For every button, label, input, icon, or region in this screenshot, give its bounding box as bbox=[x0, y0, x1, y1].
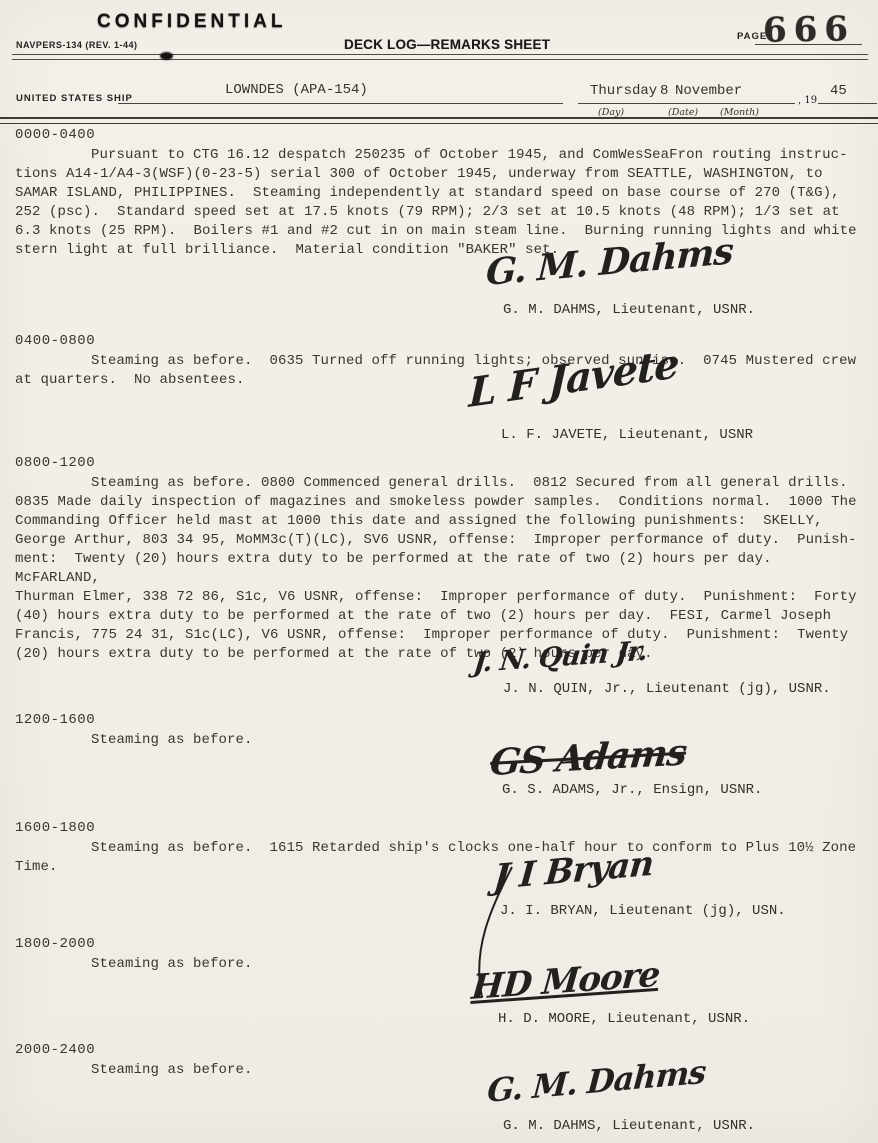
entry-text: Steaming as before. 1615 Retarded ship's… bbox=[15, 839, 871, 877]
entry-text: Steaming as before. bbox=[15, 1061, 871, 1080]
entry-text: Steaming as before. bbox=[15, 731, 871, 750]
entry-time-range: 0800-1200 bbox=[15, 455, 95, 471]
date-line bbox=[578, 103, 795, 104]
signature-handwritten: GS Adams bbox=[488, 731, 688, 784]
year-line bbox=[818, 103, 877, 104]
date-year: 45 bbox=[830, 83, 847, 99]
ship-name-line bbox=[118, 103, 563, 104]
entry-time-range: 0000-0400 bbox=[15, 127, 95, 143]
entry-time-range: 1600-1800 bbox=[15, 820, 95, 836]
entry-text: Steaming as before. 0800 Commenced gener… bbox=[15, 474, 871, 664]
signature-typed: G. M. DAHMS, Lieutenant, USNR. bbox=[503, 1118, 755, 1134]
form-number: NAVPERS-134 (REV. 1-44) bbox=[16, 40, 138, 50]
signature-typed: J. N. QUIN, Jr., Lieutenant (jg), USNR. bbox=[503, 681, 831, 697]
entry-time-range: 1800-2000 bbox=[15, 936, 95, 952]
ship-name: LOWNDES (APA-154) bbox=[225, 82, 368, 98]
date-day-name: Thursday bbox=[590, 83, 657, 99]
deck-log-page: CONFIDENTIAL PAGE 666 NAVPERS-134 (REV. … bbox=[0, 0, 878, 1143]
signature-typed: J. I. BRYAN, Lieutenant (jg), USN. bbox=[500, 903, 786, 919]
page-number: 666 bbox=[763, 9, 856, 51]
header-rule bbox=[12, 54, 868, 60]
date-day-number: 8 bbox=[660, 83, 668, 99]
date-month: November bbox=[675, 83, 742, 99]
ship-label: UNITED STATES SHIP bbox=[16, 93, 133, 104]
header-rule-heavy bbox=[0, 117, 878, 124]
signature-typed: G. S. ADAMS, Jr., Ensign, USNR. bbox=[502, 782, 762, 798]
signature-typed: L. F. JAVETE, Lieutenant, USNR bbox=[501, 427, 753, 443]
entry-time-range: 2000-2400 bbox=[15, 1042, 95, 1058]
signature-typed: H. D. MOORE, Lieutenant, USNR. bbox=[498, 1011, 750, 1027]
page-title: DECK LOG—REMARKS SHEET bbox=[344, 37, 550, 52]
ink-blob bbox=[160, 52, 173, 60]
classification-stamp: CONFIDENTIAL bbox=[97, 11, 286, 33]
signature-typed: G. M. DAHMS, Lieutenant, USNR. bbox=[503, 302, 755, 318]
entry-time-range: 0400-0800 bbox=[15, 333, 95, 349]
year-prefix: , 19 bbox=[798, 95, 817, 106]
entry-text: Steaming as before. 0635 Turned off runn… bbox=[15, 352, 871, 390]
entry-text: Pursuant to CTG 16.12 despatch 250235 of… bbox=[15, 146, 871, 260]
entry-time-range: 1200-1600 bbox=[15, 712, 95, 728]
entry-text: Steaming as before. bbox=[15, 955, 871, 974]
